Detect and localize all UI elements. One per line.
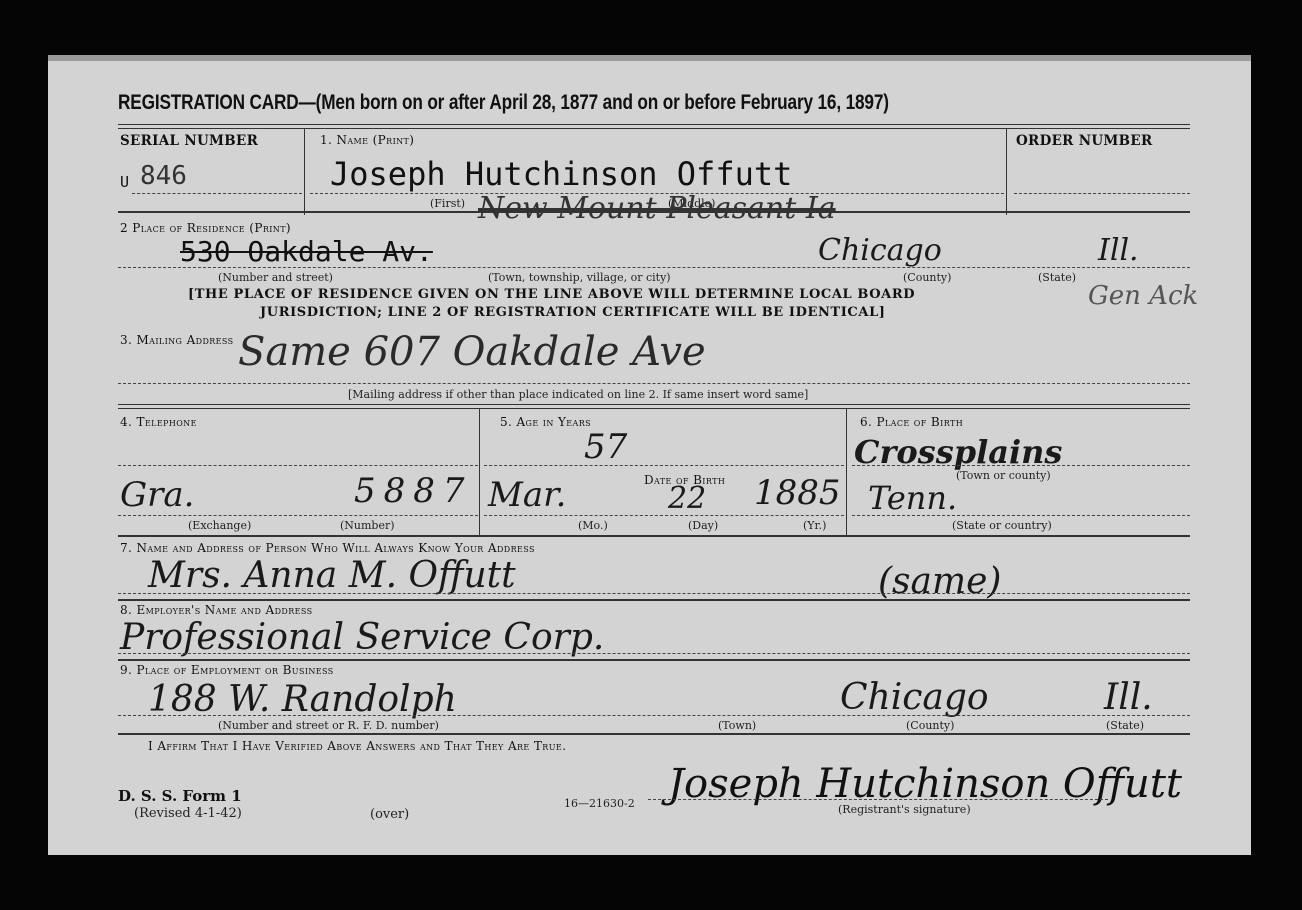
residence-notice-1: [THE PLACE OF RESIDENCE GIVEN ON THE LIN… <box>188 287 915 302</box>
state-country-caption: (State or country) <box>952 519 1052 532</box>
dob-month: Mar. <box>488 475 566 515</box>
street-caption: (Number and street) <box>218 271 333 284</box>
mailing-value: Same 607 Oakdale Ave <box>238 329 706 375</box>
serial-line <box>132 193 302 194</box>
residence-line <box>118 267 1190 268</box>
affirmation-text: I Affirm That I Have Verified Above Answ… <box>148 739 566 753</box>
employer-label: 8. Employer's Name and Address <box>120 603 313 617</box>
divider <box>846 409 847 537</box>
mailing-caption: [Mailing address if other than place ind… <box>348 388 808 401</box>
over-note: (over) <box>370 807 409 822</box>
divider <box>118 599 1190 601</box>
name-value: Joseph Hutchinson Offutt <box>330 155 792 193</box>
contact-value: Mrs. Anna M. Offutt <box>148 555 516 596</box>
town-caption: (Town, township, village, or city) <box>488 271 671 284</box>
state-caption: (State) <box>1038 271 1076 284</box>
form-id: D. S. S. Form 1 <box>118 787 242 805</box>
exchange-caption: (Exchange) <box>188 519 251 532</box>
town-county-caption: (Town or county) <box>956 469 1051 482</box>
age-label: 5. Age in Years <box>500 415 591 429</box>
state-caption: (State) <box>1106 719 1144 732</box>
serial-prefix: U <box>120 173 129 191</box>
divider <box>118 659 1190 661</box>
dob-day: 22 <box>668 481 706 516</box>
employment-county: Chicago <box>840 677 989 718</box>
contact-note: (same) <box>878 561 1001 602</box>
dob-line <box>484 515 844 516</box>
telephone-line-1 <box>118 465 478 466</box>
mailing-label: 3. Mailing Address <box>120 333 234 347</box>
serial-number-label: SERIAL NUMBER <box>120 133 258 149</box>
month-caption: (Mo.) <box>578 519 608 532</box>
employment-label: 9. Place of Employment or Business <box>120 663 334 677</box>
telephone-number: 5887 <box>354 471 473 511</box>
first-caption: (First) <box>430 197 465 210</box>
birthplace-state-line <box>852 515 1190 516</box>
birthplace-town-line <box>852 465 1190 466</box>
employment-state: Ill. <box>1104 677 1153 718</box>
contact-label: 7. Name and Address of Person Who Will A… <box>120 541 535 555</box>
residence-state: Ill. <box>1098 233 1139 268</box>
registrant-signature: Joseph Hutchinson Offutt <box>668 761 1182 807</box>
county-caption: (County) <box>906 719 954 732</box>
signature-caption: (Registrant's signature) <box>838 803 971 816</box>
card-title: REGISTRATION CARD—(Men born on or after … <box>118 91 889 115</box>
divider <box>118 535 1190 537</box>
residence-notice-2: JURISDICTION; LINE 2 OF REGISTRATION CER… <box>260 305 886 320</box>
signature-line <box>648 799 1108 800</box>
dob-year: 1885 <box>754 473 841 513</box>
divider <box>118 404 1190 409</box>
residence-label: 2 Place of Residence (Print) <box>120 221 291 235</box>
residence-street: 530 Oakdale Av. <box>180 235 433 268</box>
telephone-exchange: Gra. <box>120 475 195 515</box>
divider <box>1006 129 1007 215</box>
age-value: 57 <box>584 427 627 467</box>
contact-line <box>118 593 1190 594</box>
mailing-line <box>118 383 1190 384</box>
town-caption: (Town) <box>718 719 756 732</box>
divider <box>118 733 1190 735</box>
age-line <box>484 465 844 466</box>
crossed-residence: New Mount Pleasant Ia <box>478 191 836 226</box>
employer-line <box>118 653 1190 654</box>
order-number-label: ORDER NUMBER <box>1016 133 1152 149</box>
order-line <box>1014 193 1190 194</box>
employment-line <box>118 715 1190 716</box>
telephone-line-2 <box>118 515 478 516</box>
registration-card: REGISTRATION CARD—(Men born on or after … <box>48 55 1251 855</box>
residence-side-note: Gen Ack <box>1088 281 1198 311</box>
county-caption: (County) <box>903 271 951 284</box>
divider <box>304 129 305 215</box>
name-label: 1. Name (Print) <box>320 133 414 147</box>
employer-value: Professional Service Corp. <box>120 617 604 658</box>
day-caption: (Day) <box>688 519 718 532</box>
birthplace-state: Tenn. <box>868 479 957 517</box>
street-rfd-caption: (Number and street or R. F. D. number) <box>218 719 439 732</box>
revised-date: (Revised 4-1-42) <box>134 806 242 821</box>
residence-county: Chicago <box>818 233 942 268</box>
telephone-label: 4. Telephone <box>120 415 197 429</box>
birthplace-label: 6. Place of Birth <box>860 415 963 429</box>
year-caption: (Yr.) <box>803 519 826 532</box>
print-code: 16—21630-2 <box>564 797 635 810</box>
employment-street: 188 W. Randolph <box>148 679 457 720</box>
divider <box>118 124 1190 129</box>
divider <box>479 409 480 537</box>
serial-number-value: 846 <box>140 161 187 191</box>
number-caption: (Number) <box>340 519 395 532</box>
